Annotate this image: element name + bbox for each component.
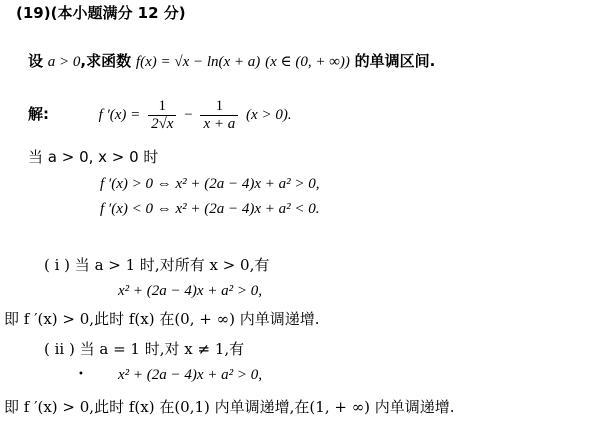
problem-statement: 设 a > 0,求函数 f(x) = √x − ln(x + a) (x ∈ (… [28, 52, 435, 71]
condition: a > 0 [48, 54, 81, 70]
fraction-1-denominator: 2√x [148, 116, 176, 133]
function-domain: (x ∈ (0, + ∞)) [265, 54, 350, 70]
when-condition: 当 a > 0, x > 0 时 [28, 148, 158, 166]
function-definition: f(x) = √x − ln(x + a) [136, 54, 260, 70]
statement-suffix: 的单调区间. [355, 52, 436, 70]
fraction-1: 12√x [148, 98, 176, 133]
case-2-expression: x² + (2a − 4)x + a² > 0, [118, 366, 262, 384]
statement-prefix: 设 [28, 52, 43, 70]
fraction-2-numerator: 1 [200, 98, 238, 116]
problem-number: (19) [16, 4, 51, 22]
case-1-label: ( i ) 当 a > 1 时,对所有 x > 0,有 [44, 256, 269, 274]
solution-label: 解: [28, 105, 49, 123]
when-condition-text: 当 a > 0, x > 0 时 [28, 148, 158, 166]
fraction-2-denominator: x + a [200, 116, 238, 133]
case-2-label: ( ii ) 当 a = 1 时,对 x ≠ 1,有 [44, 340, 244, 358]
derivative-lhs: f ′(x) = [99, 107, 141, 123]
case-1-conclusion: 即 f ′(x) > 0,此时 f(x) 在(0, + ∞) 内单调递增. [4, 310, 319, 328]
inequality-negative: f ′(x) < 0 ⇔ x² + (2a − 4)x + a² < 0. [100, 200, 320, 218]
fraction-2: 1x + a [200, 98, 238, 133]
score-note: (本小题满分 12 分) [51, 4, 186, 22]
solution-derivative: 解: f ′(x) = 12√x − 1x + a (x > 0). [28, 96, 292, 133]
problem-header: (19)(本小题满分 12 分) [16, 4, 186, 22]
case-1-expression: x² + (2a − 4)x + a² > 0, [118, 282, 262, 300]
inequality-positive: f ′(x) > 0 ⇔ x² + (2a − 4)x + a² > 0, [100, 175, 320, 193]
fraction-1-numerator: 1 [148, 98, 176, 116]
minus-sign: − [184, 107, 192, 123]
bullet-mark: • [78, 366, 84, 384]
case-2-conclusion: 即 f ′(x) > 0,此时 f(x) 在(0,1) 内单调递增,在(1, +… [4, 398, 455, 416]
derivative-condition: (x > 0). [246, 107, 292, 123]
statement-text: ,求函数 [80, 52, 131, 70]
